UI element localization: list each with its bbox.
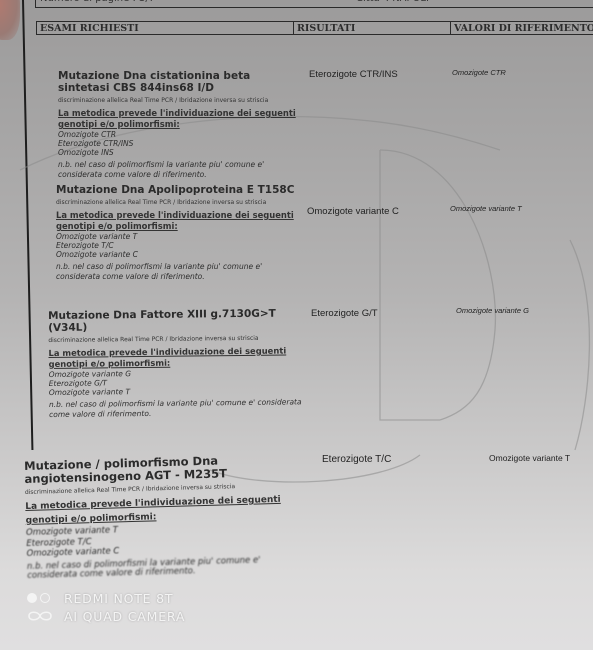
genotype-item: Omozigote CTR	[58, 130, 303, 139]
test-block-agt: Mutazione / polimorfismo Dna angiotensin…	[24, 452, 297, 581]
page-border-line	[22, 0, 33, 450]
test-intro: La metodica prevede l'individuazione dei…	[58, 108, 303, 130]
genotype-item: Omozigote INS	[58, 148, 303, 157]
test-result: Eterozigote CTR/INS	[309, 69, 398, 80]
test-block-apoe: Mutazione Dna Apolipoproteina E T158C di…	[56, 184, 301, 281]
test-reference: Omozigote variante T	[450, 204, 522, 213]
test-note: n.b. nel caso di polimorfismi la variant…	[58, 160, 303, 179]
test-reference: Omozigote variante T	[489, 453, 570, 463]
infinity-icon	[25, 609, 55, 623]
test-result: Eterozigote T/C	[322, 454, 391, 465]
test-block-factor-xiii: Mutazione Dna Fattore XIII g.7130G>T (V3…	[48, 307, 309, 419]
test-note: n.b. nel caso di polimorfismi la variant…	[49, 397, 309, 419]
camera-watermark: REDMI NOTE 8T AI QUAD CAMERA	[25, 589, 185, 625]
test-intro: La metodica prevede l'individuazione dei…	[48, 345, 308, 370]
test-block-cbs: Mutazione Dna cistationina beta sintetas…	[58, 70, 303, 179]
column-header-reference: VALORI DI RIFERIMENTO	[450, 21, 593, 35]
test-method: discriminazione allelica Real Time PCR /…	[58, 96, 303, 105]
test-note: n.b. nel caso di polimorfismi la variant…	[27, 555, 297, 582]
test-intro: La metodica prevede l'individuazione dei…	[56, 210, 301, 232]
genotype-item: Omozigote variante T	[49, 385, 309, 397]
test-result: Eterozigote G/T	[311, 308, 378, 319]
test-title: Mutazione Dna Apolipoproteina E T158C	[56, 184, 301, 196]
column-header-results: RISULTATI	[293, 21, 451, 35]
genotype-item: Omozigote variante C	[56, 250, 301, 259]
test-title: Mutazione Dna cistationina beta sintetas…	[58, 70, 303, 94]
test-title: Mutazione Dna Fattore XIII g.7130G>T (V3…	[48, 307, 308, 334]
camera-dots-icon	[25, 591, 55, 605]
genotype-item: Eterozigote T/C	[56, 241, 301, 250]
camera-model: REDMI NOTE 8T	[64, 591, 173, 606]
test-method: discriminazione allelica Real Time PCR /…	[48, 333, 308, 345]
genotype-item: Omozigote variante T	[56, 232, 301, 241]
column-header-exams: ESAMI RICHIESTI	[36, 21, 294, 35]
test-method: discriminazione allelica Real Time PCR /…	[56, 198, 301, 207]
test-note: n.b. nel caso di polimorfismi la variant…	[56, 262, 301, 281]
test-reference: Omozigote CTR	[452, 68, 506, 77]
patient-header-box: Numero di pagine : 3/7 Citta' : NAPOLI	[35, 0, 593, 8]
finger-edge	[0, 0, 20, 40]
genotype-item: Eterozigote CTR/INS	[58, 139, 303, 148]
camera-label: AI QUAD CAMERA	[64, 609, 185, 624]
city-label: Citta' : NAPOLI	[356, 0, 429, 5]
page-count: Numero di pagine : 3/7	[40, 0, 155, 5]
test-reference: Omozigote variante G	[456, 306, 529, 315]
test-result: Omozigote variante C	[307, 206, 399, 217]
